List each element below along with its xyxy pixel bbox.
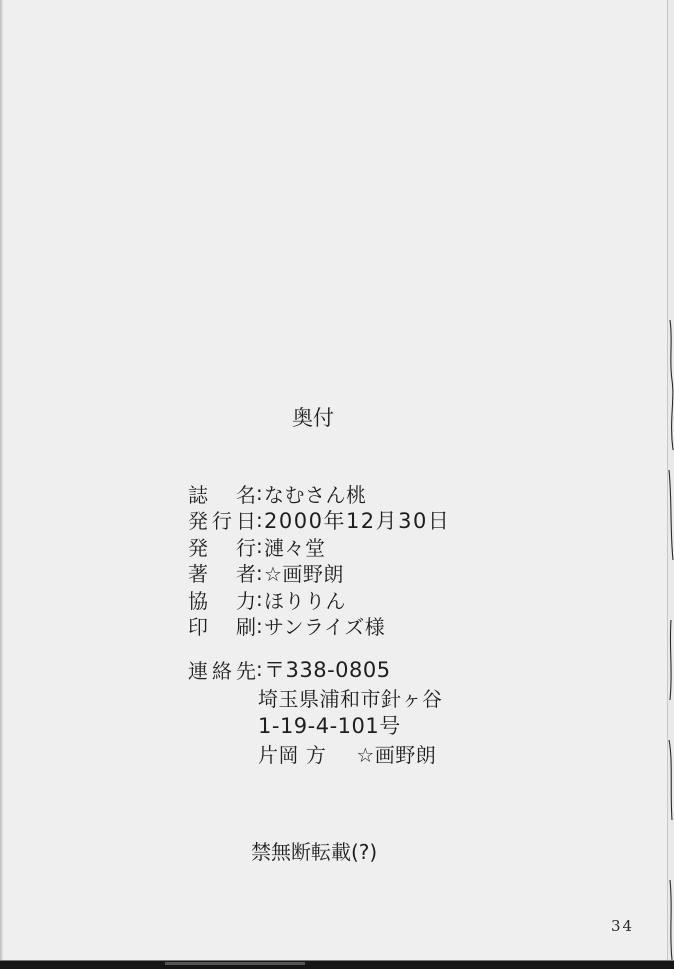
separator: :	[256, 561, 262, 585]
contact-label: 連 絡 先	[188, 655, 256, 684]
contact-recipient-row: 片岡 方 ☆画野朗	[188, 739, 443, 767]
scan-bottom-edge	[0, 960, 674, 969]
separator: :	[256, 657, 262, 681]
entry-publisher: 発 行 : 漣々堂	[188, 533, 450, 560]
entry-value: ☆画野朗	[264, 558, 344, 587]
separator: :	[256, 534, 262, 558]
contact-address-line-2: 1-19-4-101号	[188, 711, 443, 739]
entry-label: 発 行 日	[188, 505, 256, 534]
contact-block: 連 絡 先 : 〒338-0805 埼玉県浦和市針ヶ谷 1-19-4-101号 …	[188, 655, 443, 767]
postal-code: 〒338-0805	[264, 654, 391, 684]
address-prefecture-city: 埼玉県浦和市針ヶ谷	[258, 683, 443, 712]
entry-label: 著 者	[188, 558, 256, 587]
entry-printer: 印 刷 : サンライズ様	[188, 613, 450, 640]
colophon-info-list: 誌 名 : なむさん桃 発 行 日 : 2000年12月30日 発 行 : 漣々…	[188, 480, 450, 639]
entry-value: ほりりん	[264, 585, 346, 614]
bleed-artwork-lines	[668, 320, 674, 960]
colophon-title: 奥付	[292, 402, 334, 432]
separator: :	[256, 508, 262, 532]
recipient-name: ☆画野朗	[356, 739, 436, 768]
no-reproduction-notice: 禁無断転載(?)	[251, 836, 377, 865]
entry-label: 発 行	[188, 532, 256, 561]
entry-author: 著 者 : ☆画野朗	[188, 560, 450, 587]
entry-value: 漣々堂	[264, 532, 326, 561]
separator: :	[256, 587, 262, 611]
entry-value: サンライズ様	[264, 611, 385, 640]
address-number: 1-19-4-101号	[258, 710, 401, 740]
entry-label: 協 力	[188, 585, 256, 614]
entry-magazine-name: 誌 名 : なむさん桃	[188, 480, 450, 507]
entry-publish-date: 発 行 日 : 2000年12月30日	[188, 507, 450, 534]
separator: :	[256, 481, 262, 505]
separator: :	[256, 614, 262, 638]
entry-cooperation: 協 力 : ほりりん	[188, 586, 450, 613]
entry-value: 2000年12月30日	[264, 505, 450, 535]
entry-label: 印 刷	[188, 611, 256, 640]
colophon-page: 奥付 誌 名 : なむさん桃 発 行 日 : 2000年12月30日 発 行 :	[0, 0, 674, 969]
entry-label: 誌 名	[188, 479, 256, 508]
scan-left-edge	[0, 0, 3, 960]
care-of: 片岡 方	[258, 739, 326, 768]
contact-postal-row: 連 絡 先 : 〒338-0805	[188, 655, 443, 683]
contact-address-line-1: 埼玉県浦和市針ヶ谷	[188, 683, 443, 711]
page-number: 34	[611, 917, 634, 935]
entry-value: なむさん桃	[264, 479, 367, 508]
